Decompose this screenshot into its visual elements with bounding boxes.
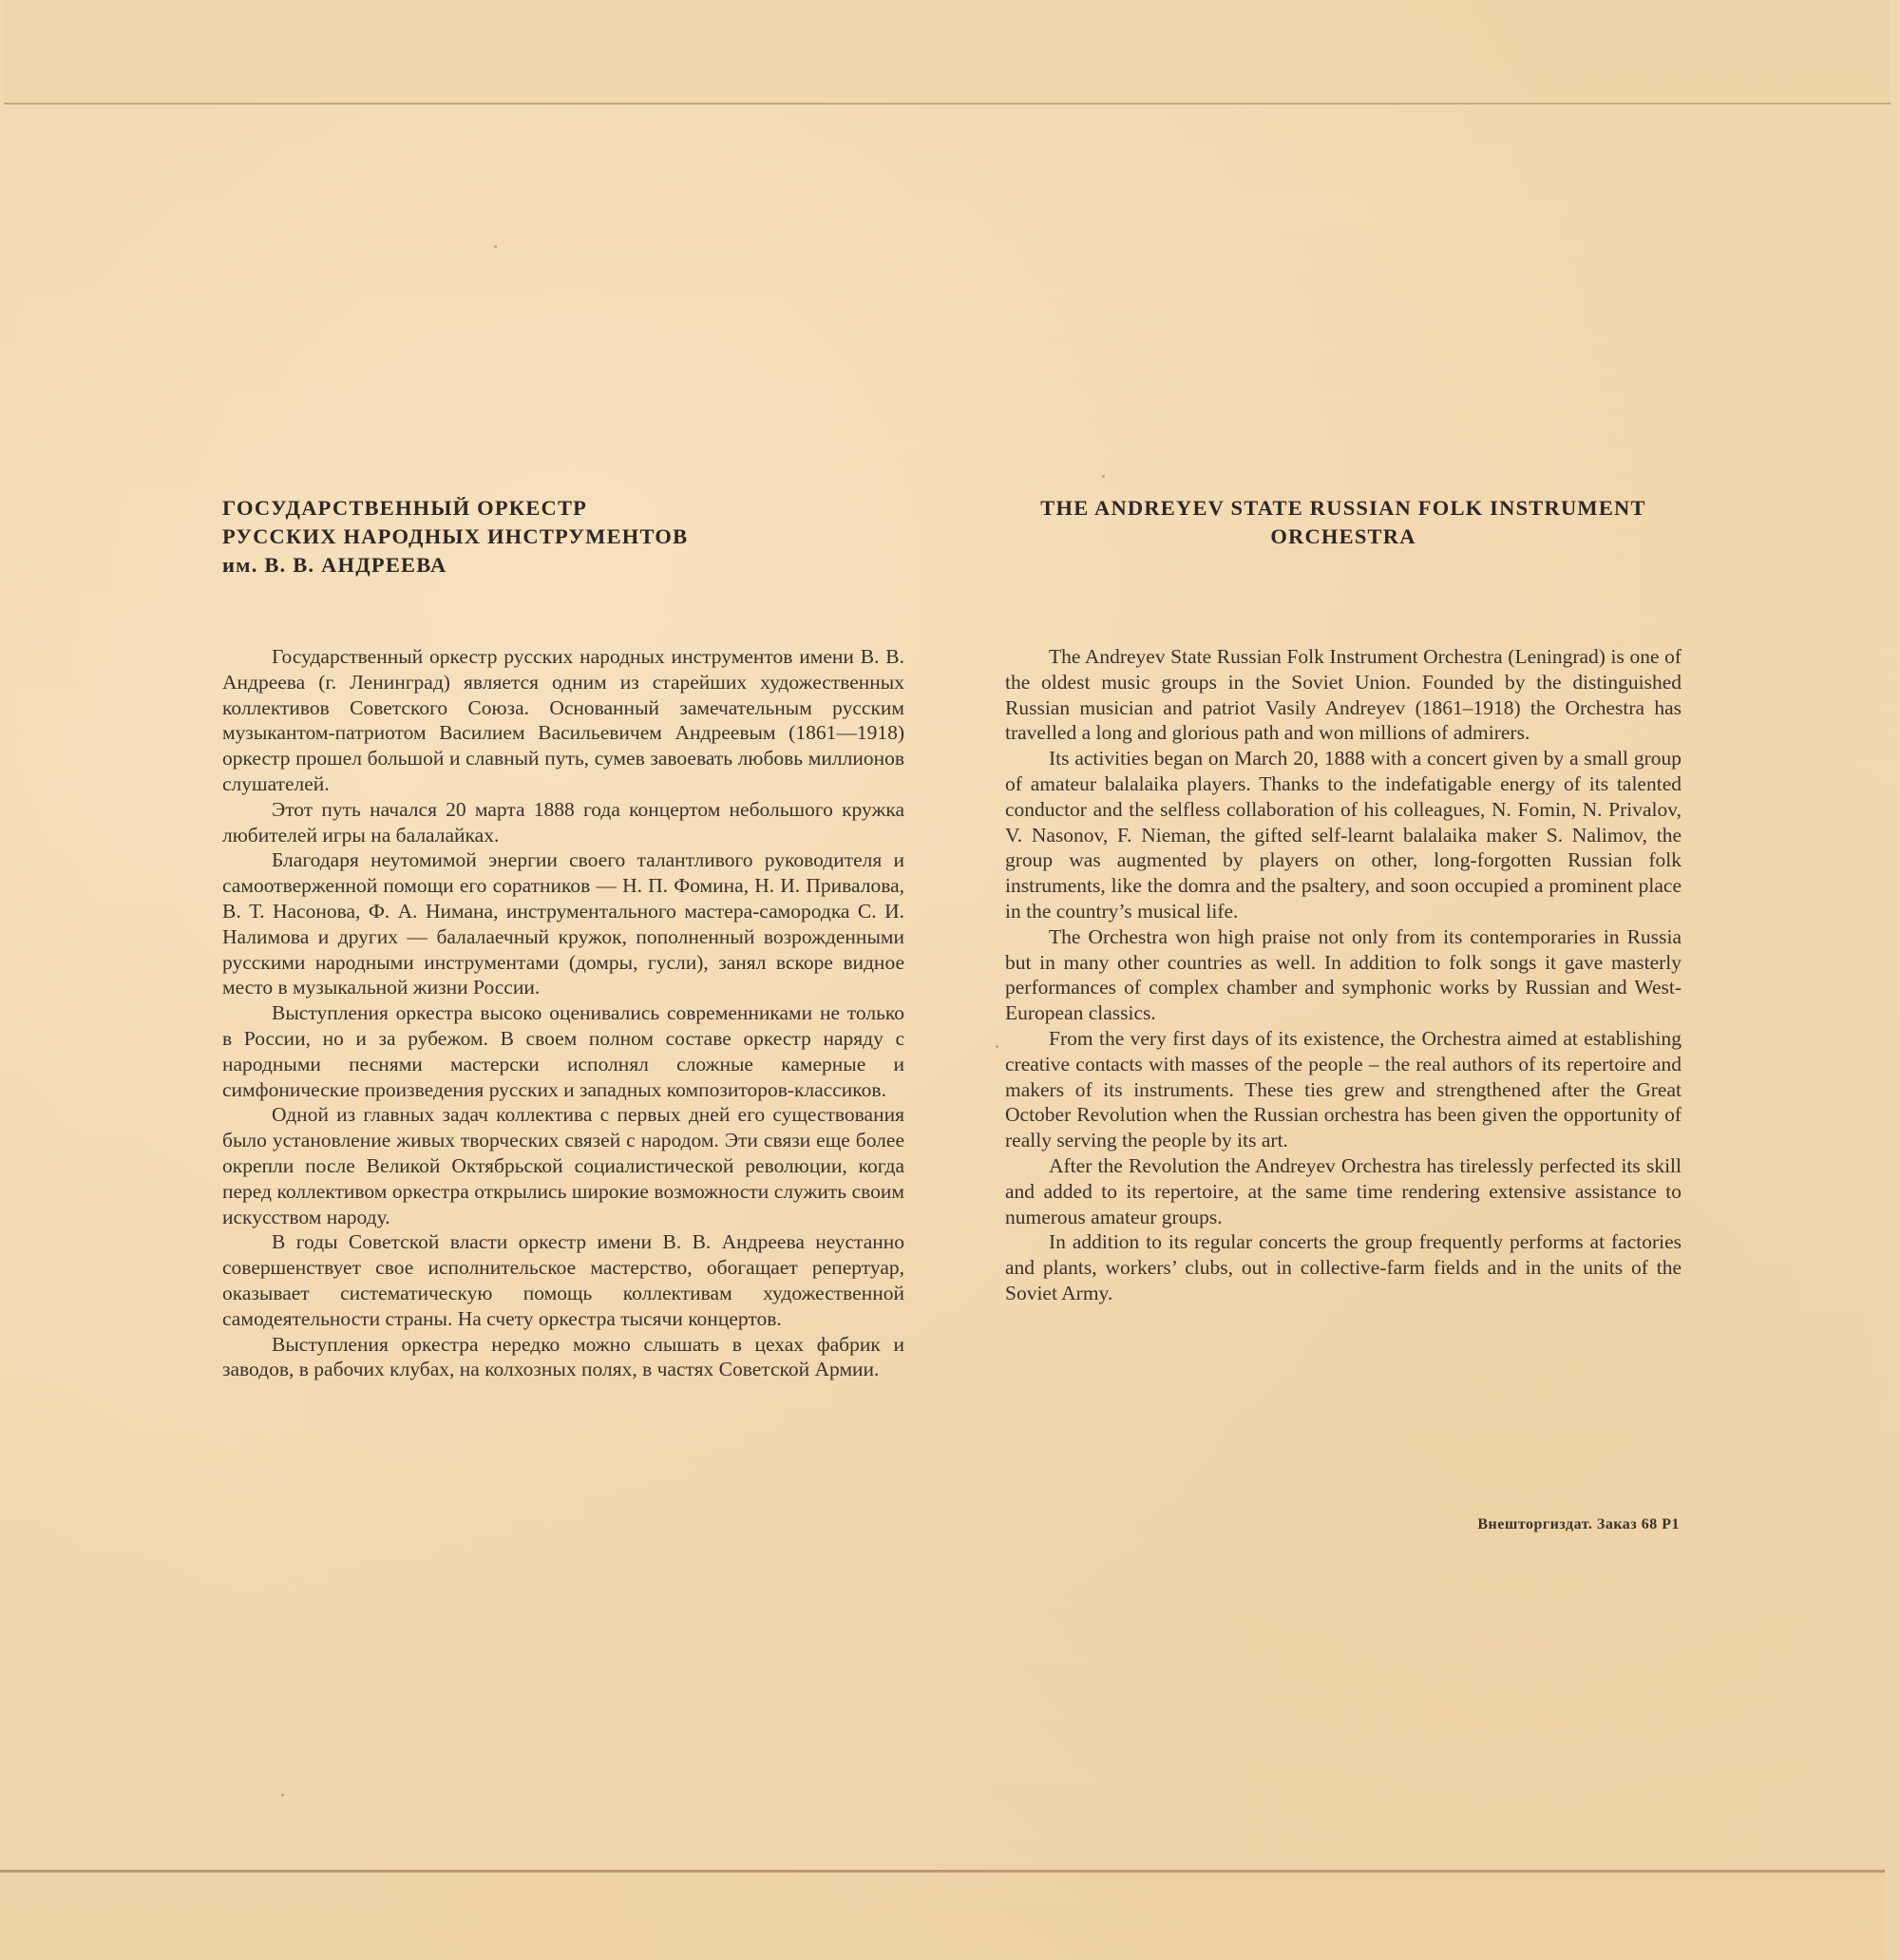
english-column: THE ANDREYEV STATE RUSSIAN FOLK INSTRUME… bbox=[1005, 494, 1681, 551]
english-body: The Andreyev State Russian Folk Instrume… bbox=[1005, 644, 1681, 1306]
paper-speck bbox=[996, 1045, 998, 1048]
english-paragraph: In addition to its regular concerts the … bbox=[1005, 1229, 1681, 1305]
publisher-imprint: Внешторгиздат. Заказ 68 P1 bbox=[1477, 1516, 1680, 1533]
english-paragraph: The Orchestra won high praise not only f… bbox=[1005, 924, 1681, 1026]
paper-speck bbox=[494, 245, 497, 248]
russian-paragraph: Этот путь начался 20 марта 1888 года кон… bbox=[222, 797, 904, 848]
russian-heading: ГОСУДАРСТВЕННЫЙ ОРКЕСТР РУССКИХ НАРОДНЫХ… bbox=[222, 494, 904, 580]
paper-speck bbox=[281, 1794, 284, 1797]
russian-paragraph: Государственный оркестр русских народных… bbox=[222, 644, 904, 797]
english-heading-line: THE ANDREYEV STATE RUSSIAN FOLK INSTRUME… bbox=[1005, 494, 1681, 523]
russian-body: Государственный оркестр русских народных… bbox=[222, 644, 904, 1382]
russian-heading-line: РУССКИХ НАРОДНЫХ ИНСТРУМЕНТОВ bbox=[222, 523, 904, 551]
russian-column: ГОСУДАРСТВЕННЫЙ ОРКЕСТР РУССКИХ НАРОДНЫХ… bbox=[222, 494, 904, 580]
russian-heading-line: ГОСУДАРСТВЕННЫЙ ОРКЕСТР bbox=[222, 494, 904, 523]
russian-paragraph: Благодаря неутомимой энергии своего тала… bbox=[222, 847, 904, 1000]
english-paragraph: After the Revolution the Andreyev Orches… bbox=[1005, 1153, 1681, 1229]
english-heading: THE ANDREYEV STATE RUSSIAN FOLK INSTRUME… bbox=[1005, 494, 1681, 551]
english-paragraph: From the very first days of its existenc… bbox=[1005, 1026, 1681, 1153]
russian-paragraph: Одной из главных задач коллектива с перв… bbox=[222, 1102, 904, 1229]
russian-heading-line: им. В. В. АНДРЕЕВА bbox=[222, 551, 904, 580]
english-heading-line: ORCHESTRA bbox=[1005, 523, 1681, 551]
paper-speck bbox=[1444, 1264, 1447, 1266]
bottom-flap-fold bbox=[0, 1870, 1885, 1960]
russian-paragraph: Выступления оркестра нередко можно слыша… bbox=[222, 1332, 904, 1383]
russian-paragraph: В годы Советской власти оркестр имени В.… bbox=[222, 1229, 904, 1331]
russian-paragraph: Выступления оркестра высоко оценивались … bbox=[222, 1000, 904, 1102]
english-paragraph: Its activities began on March 20, 1888 w… bbox=[1005, 746, 1681, 924]
top-flap-fold bbox=[4, 0, 1890, 105]
paper-speck bbox=[1102, 475, 1105, 478]
english-paragraph: The Andreyev State Russian Folk Instrume… bbox=[1005, 644, 1681, 746]
